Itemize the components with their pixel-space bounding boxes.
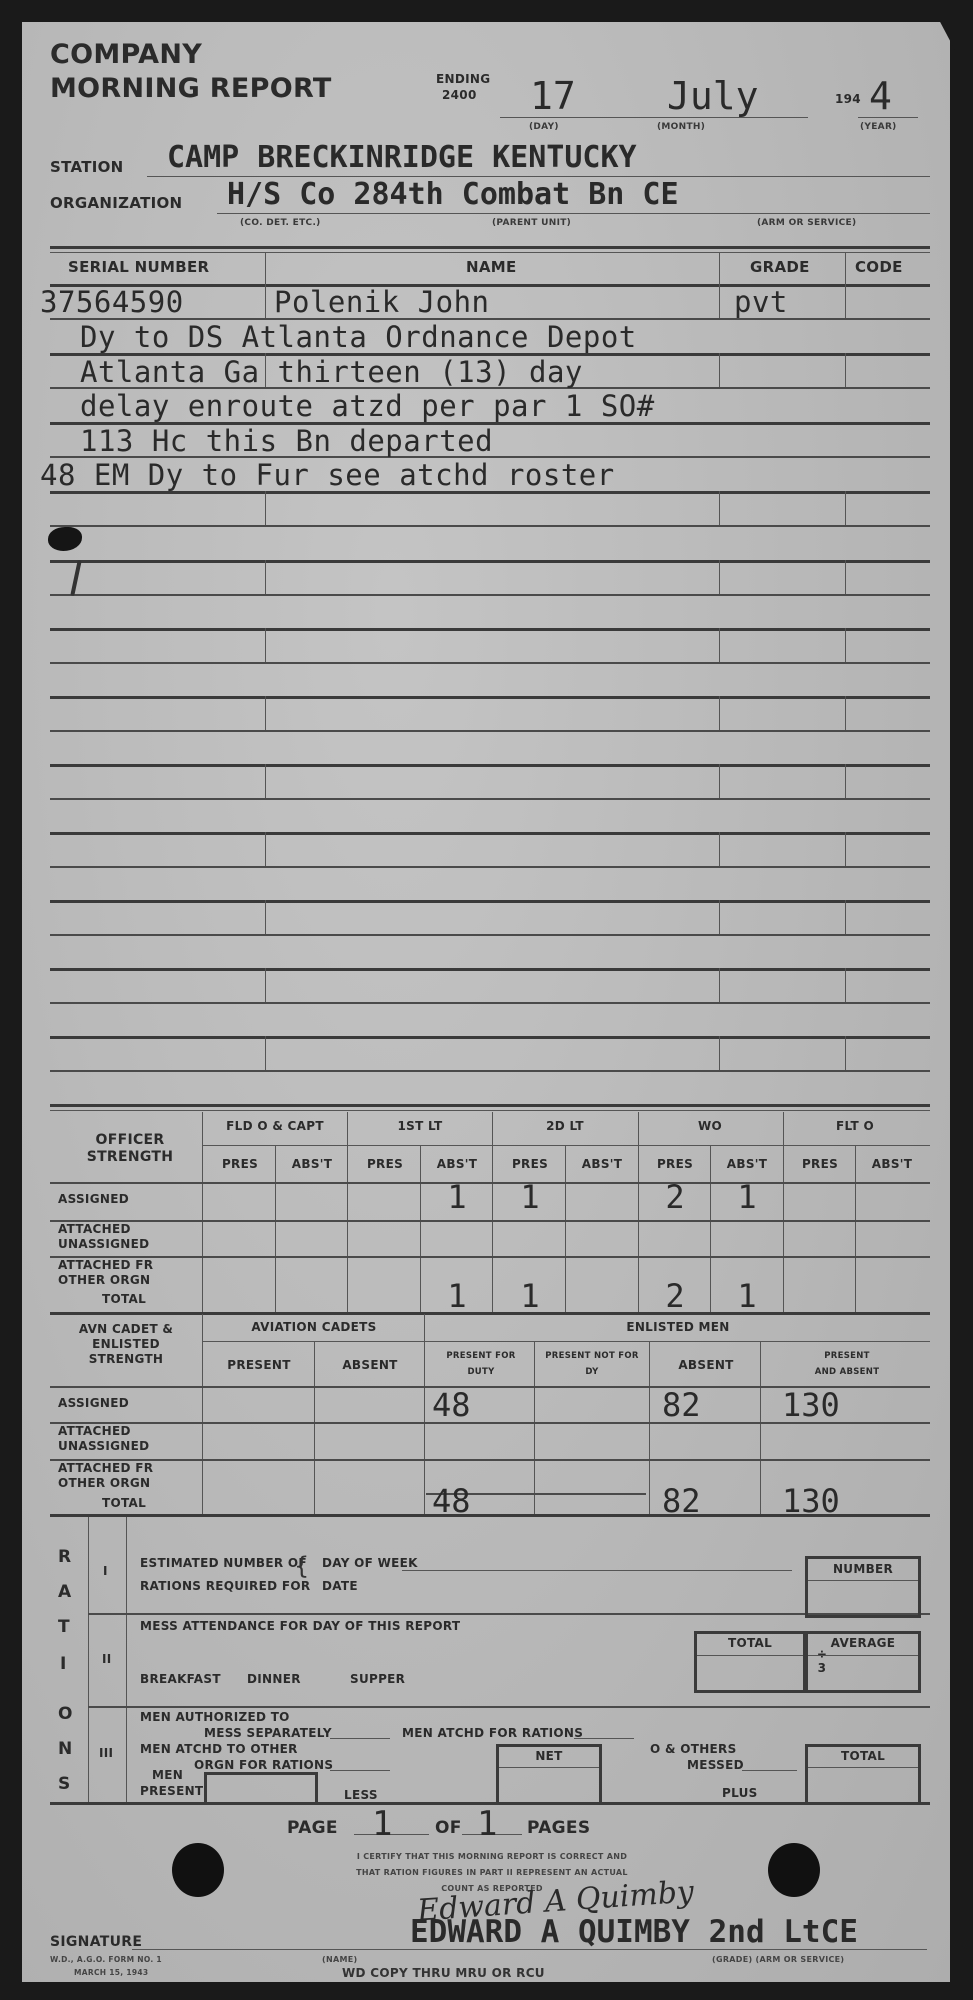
- enlisted-total-absent: 82: [662, 1482, 701, 1520]
- ink-blot: [48, 527, 82, 551]
- binder-hole-left: [172, 1843, 224, 1897]
- subcol-abst: ABS'T: [712, 1157, 782, 1171]
- station-value: CAMP BRECKINRIDGE KENTUCKY: [167, 140, 637, 175]
- mess-attendance-label: MESS ATTENDANCE FOR DAY OF THIS REPORT: [140, 1619, 460, 1633]
- supper-label: SUPPER: [350, 1672, 405, 1686]
- estimated-rations-label-2: RATIONS REQUIRED FOR: [140, 1579, 310, 1593]
- enlisted-total-present-for-duty: 48: [432, 1482, 471, 1520]
- men-present-label-1: MEN: [152, 1768, 183, 1782]
- folded-corner: [926, 18, 956, 52]
- report-day: 17: [530, 74, 576, 118]
- group-wo: WO: [640, 1119, 780, 1133]
- page-total: 1: [477, 1804, 497, 1844]
- row-label-assigned: ASSIGNED: [58, 1192, 129, 1206]
- page-number: 1: [372, 1804, 392, 1844]
- less-label: LESS: [344, 1788, 378, 1802]
- plus-label: PLUS: [722, 1786, 758, 1800]
- section-ii-numeral: II: [102, 1652, 112, 1666]
- remark-line-3: delay enroute atzd per par 1 SO#: [80, 389, 655, 423]
- enlisted-total-present-and-absent: 130: [782, 1482, 840, 1520]
- name-caption: (NAME): [322, 1955, 357, 1964]
- officer-total-1st-lt-abst: 1: [422, 1277, 492, 1315]
- enlisted-assigned-absent: 82: [662, 1386, 701, 1424]
- ending-time: 2400: [442, 88, 477, 102]
- morning-report-form: COMPANY MORNING REPORT ENDING 2400 17 Ju…: [22, 22, 950, 1982]
- men-atchd-other-label-2: ORGN FOR RATIONS: [194, 1758, 333, 1772]
- station-label: STATION: [50, 158, 124, 176]
- enlisted-assigned-present-and-absent: 130: [782, 1386, 840, 1424]
- group-1st-lt: 1ST LT: [350, 1119, 490, 1133]
- subcol-abst: ABS'T: [567, 1157, 637, 1171]
- officer-assigned-2d-lt-pres: 1: [495, 1178, 565, 1216]
- row-label-attached-unassigned: ATTACHED UNASSIGNED: [58, 1424, 178, 1454]
- row-label-attached-fr-other: ATTACHED FR OTHER ORGN: [58, 1258, 178, 1288]
- soldier-name: Polenik John: [274, 285, 490, 319]
- copy-note: WD COPY THRU MRU OR RCU: [342, 1966, 545, 1980]
- row-label-assigned: ASSIGNED: [58, 1396, 129, 1410]
- report-month: July: [667, 74, 759, 118]
- col-present-not-for-dy: PRESENT NOT FOR DY: [542, 1348, 642, 1380]
- day-of-week-label: DAY OF WEEK: [322, 1556, 418, 1570]
- officer-strength-title: OFFICER STRENGTH: [80, 1132, 180, 1166]
- org-caption-parent: (PARENT UNIT): [492, 218, 571, 228]
- binder-hole-right: [768, 1843, 820, 1897]
- officer-total-2d-lt-pres: 1: [495, 1277, 565, 1315]
- page-label: PAGE: [287, 1818, 338, 1838]
- rations-letter-t: T: [58, 1617, 70, 1637]
- men-authorized-label-1: MEN AUTHORIZED TO: [140, 1710, 290, 1724]
- officer-total-wo-abst: 1: [712, 1277, 782, 1315]
- row-label-attached-unassigned: ATTACHED UNASSIGNED: [58, 1222, 178, 1252]
- enlisted-strength-title: AVN CADET & ENLISTED STRENGTH: [56, 1322, 196, 1367]
- of-label: OF: [435, 1818, 462, 1838]
- group-flt-o: FLT O: [785, 1119, 925, 1133]
- subcol-abst: ABS'T: [857, 1157, 927, 1171]
- o-others-label-1: O & OTHERS: [650, 1742, 737, 1756]
- section-i-numeral: I: [103, 1564, 108, 1578]
- rations-letter-o: O: [58, 1704, 73, 1724]
- remark-line-1: Dy to DS Atlanta Ordnance Depot: [80, 320, 637, 354]
- form-title-line2: MORNING REPORT: [50, 72, 332, 105]
- col-cadets-absent: ABSENT: [316, 1358, 424, 1372]
- serial-number: 37564590: [40, 285, 184, 319]
- rations-letter-s: S: [58, 1774, 71, 1794]
- ink-mark: [70, 560, 81, 596]
- report-year: 4: [869, 74, 892, 118]
- certify-line-1: I CERTIFY THAT THIS MORNING REPORT IS CO…: [272, 1852, 712, 1861]
- rations-letter-r: R: [58, 1547, 71, 1567]
- dinner-label: DINNER: [247, 1672, 301, 1686]
- mess-average-label: AVERAGE: [808, 1636, 918, 1650]
- organization-value: H/S Co 284th Combat Bn CE: [227, 177, 679, 212]
- subcol-pres: PRES: [205, 1157, 275, 1171]
- number-box-label: NUMBER: [808, 1562, 918, 1576]
- brace-icon: {: [294, 1552, 310, 1580]
- section-iii-total-label: TOTAL: [808, 1749, 918, 1763]
- soldier-grade: pvt: [734, 285, 788, 319]
- officer-total-wo-pres: 2: [640, 1277, 710, 1315]
- rations-letter-n: N: [58, 1739, 73, 1759]
- col-header-grade: GRADE: [750, 258, 810, 276]
- col-header-name: NAME: [466, 258, 517, 276]
- org-caption-co: (CO. DET. ETC.): [240, 218, 321, 228]
- remark-line-5: 48 EM Dy to Fur see atchd roster: [40, 458, 615, 492]
- col-present-for-duty: PRESENT FOR DUTY: [446, 1348, 516, 1380]
- subcol-pres: PRES: [640, 1157, 710, 1171]
- remark-line-2: Atlanta Ga thirteen (13) day: [80, 355, 583, 389]
- breakfast-label: BREAKFAST: [140, 1672, 221, 1686]
- form-title-line1: COMPANY: [50, 38, 202, 71]
- form-id-line-2: MARCH 15, 1943: [74, 1968, 148, 1977]
- pages-label: PAGES: [527, 1818, 590, 1838]
- officer-assigned-wo-pres: 2: [640, 1178, 710, 1216]
- form-id-line-1: W.D., A.G.O. FORM NO. 1: [50, 1955, 162, 1964]
- rations-letter-a: A: [58, 1582, 71, 1602]
- remark-line-4: 113 Hc this Bn departed: [80, 424, 493, 458]
- day-caption: (DAY): [529, 122, 559, 132]
- organization-label: ORGANIZATION: [50, 194, 182, 212]
- row-label-total: TOTAL: [102, 1292, 146, 1306]
- group-enlisted-men: ENLISTED MEN: [426, 1320, 930, 1334]
- group-fld-o-capt: FLD O & CAPT: [205, 1119, 345, 1133]
- net-box-label: NET: [499, 1749, 599, 1763]
- certify-line-2: THAT RATION FIGURES IN PART II REPRESENT…: [272, 1868, 712, 1877]
- row-label-attached-fr-other: ATTACHED FR OTHER ORGN: [58, 1461, 178, 1491]
- col-enlisted-absent: ABSENT: [652, 1358, 760, 1372]
- year-prefix: 194: [835, 92, 861, 106]
- ending-label: ENDING: [436, 72, 490, 86]
- officer-assigned-1st-lt-abst: 1: [422, 1178, 492, 1216]
- subcol-abst: ABS'T: [422, 1157, 492, 1171]
- men-atchd-rations-label: MEN ATCHD FOR RATIONS: [402, 1726, 583, 1740]
- enlisted-assigned-present-for-duty: 48: [432, 1386, 471, 1424]
- row-label-total: TOTAL: [102, 1496, 146, 1510]
- col-present-and-absent: PRESENT AND ABSENT: [812, 1348, 882, 1380]
- men-authorized-label-2: MESS SEPARATELY: [204, 1726, 332, 1740]
- col-header-code: CODE: [855, 258, 903, 276]
- men-present-box[interactable]: [204, 1772, 318, 1805]
- o-others-label-2: MESSED: [687, 1758, 744, 1772]
- group-2d-lt: 2D LT: [495, 1119, 635, 1133]
- estimated-rations-label-1: ESTIMATED NUMBER OF: [140, 1556, 307, 1570]
- month-caption: (MONTH): [657, 122, 705, 132]
- men-present-label-2: PRESENT: [140, 1784, 203, 1798]
- subcol-pres: PRES: [495, 1157, 565, 1171]
- grade-caption: (GRADE) (ARM OR SERVICE): [712, 1955, 844, 1964]
- mess-total-label: TOTAL: [697, 1636, 803, 1650]
- subcol-abst: ABS'T: [277, 1157, 347, 1171]
- year-caption: (YEAR): [860, 122, 897, 132]
- date-label: DATE: [322, 1579, 358, 1593]
- subcol-pres: PRES: [785, 1157, 855, 1171]
- group-aviation-cadets: AVIATION CADETS: [205, 1320, 423, 1334]
- typed-signature: EDWARD A QUIMBY 2nd LtCE: [410, 1914, 858, 1950]
- section-iii-numeral: III: [99, 1746, 113, 1760]
- rations-letter-i: I: [60, 1654, 67, 1674]
- signature-label: SIGNATURE: [50, 1934, 142, 1950]
- subcol-pres: PRES: [350, 1157, 420, 1171]
- col-cadets-present: PRESENT: [205, 1358, 313, 1372]
- men-atchd-other-label-1: MEN ATCHD TO OTHER: [140, 1742, 298, 1756]
- col-header-serial: SERIAL NUMBER: [68, 258, 209, 276]
- org-caption-arm: (ARM OR SERVICE): [757, 218, 856, 228]
- officer-assigned-wo-abst: 1: [712, 1178, 782, 1216]
